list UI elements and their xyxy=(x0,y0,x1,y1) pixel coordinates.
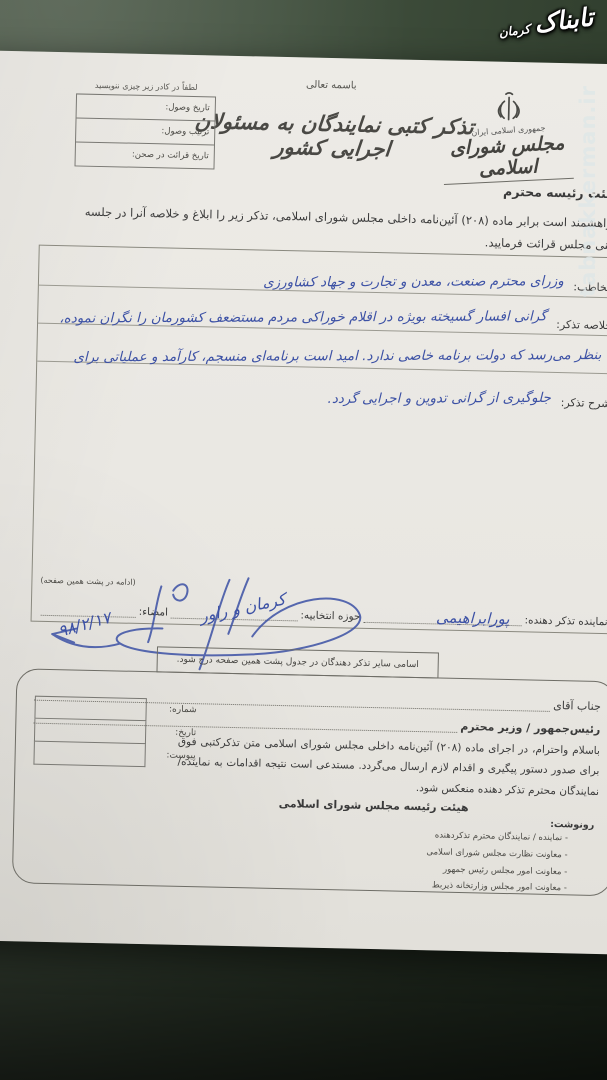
ref-attachment-label: پیوست: xyxy=(145,744,195,768)
mp-name-line: پورابراهیمی xyxy=(363,613,521,626)
watermark-name-small: کرمان xyxy=(498,22,531,40)
watermark-name-big: تابناک xyxy=(532,2,594,38)
mp-signature-row: نماینده تذکر دهنده: پورابراهیمی حوزه انت… xyxy=(38,604,607,628)
signature-label: امضاء: xyxy=(139,606,169,619)
to-line2-label: رئیس‌جمهور / وزیر محترم xyxy=(460,720,600,736)
district-label: حوزه انتخابیه: xyxy=(300,609,360,622)
description-handwritten: جلوگیری از گرانی تدوین و اجرایی گردد. xyxy=(327,390,550,407)
ref-date-cell xyxy=(34,719,146,744)
dispatch-box: جناب آقای رئیس‌جمهور / وزیر محترم شماره:… xyxy=(12,668,607,896)
intake-table: تاریخ وصول: ترتیب وصول: تاریخ قرائت در ص… xyxy=(74,93,216,169)
tabnakkerman-url-watermark: tabnakkerman.ir xyxy=(575,36,601,346)
document-paper: جمهوری اسلامی ایران مجلس شورای اسلامی با… xyxy=(0,50,607,955)
district-handwritten: کرمان و راور xyxy=(197,589,286,625)
mp-name-handwritten: پورابراهیمی xyxy=(436,608,510,628)
ref-date-label: تاریخ: xyxy=(146,721,196,745)
ref-number-label: شماره: xyxy=(146,698,196,722)
notice-form-box: مخاطب: وزرای محترم صنعت، معدن و تجارت و … xyxy=(31,245,607,635)
continue-on-back-note: (ادامه در پشت همین صفحه) xyxy=(40,576,135,587)
summary-handwritten-line1: گرانی افسار گسیخته بویژه در اقلام خوراکی… xyxy=(59,308,546,326)
summary-handwritten-line2: بنظر می‌رسد که دولت برنامه خاصی ندارد. ا… xyxy=(73,347,601,365)
addressee-handwritten: وزرای محترم صنعت، معدن و تجارت و جهاد کش… xyxy=(263,273,564,290)
ref-attachment-cell xyxy=(33,742,145,767)
to-line1-label: جناب آقای xyxy=(553,699,601,713)
intake-box: لطفاً در کادر زیر چیزی ننویسید تاریخ وصو… xyxy=(74,80,216,169)
bismillah-text: باسمه تعالی xyxy=(231,78,431,93)
reference-table: شماره: تاریخ: پیوست: xyxy=(33,696,196,769)
ref-number-cell xyxy=(34,696,146,721)
intake-note: لطفاً در کادر زیر چیزی ننویسید xyxy=(76,80,216,92)
intake-row-receive-date: تاریخ وصول: xyxy=(77,94,215,121)
photo-background: جمهوری اسلامی ایران مجلس شورای اسلامی با… xyxy=(0,0,607,1080)
district-line: کرمان و راور xyxy=(171,609,298,622)
intake-row-reading-date: تاریخ قرائت در صحن: xyxy=(76,142,214,168)
mp-label: نماینده تذکر دهنده: xyxy=(524,614,607,628)
intake-row-receive-order: ترتیب وصول: xyxy=(76,118,214,145)
cc-block: رونوشت: نماینده / نمایندگان محترم تذکرده… xyxy=(27,808,595,898)
description-label: شرح تذکر: xyxy=(551,396,607,410)
ref-row-attachment: پیوست: xyxy=(33,742,195,769)
